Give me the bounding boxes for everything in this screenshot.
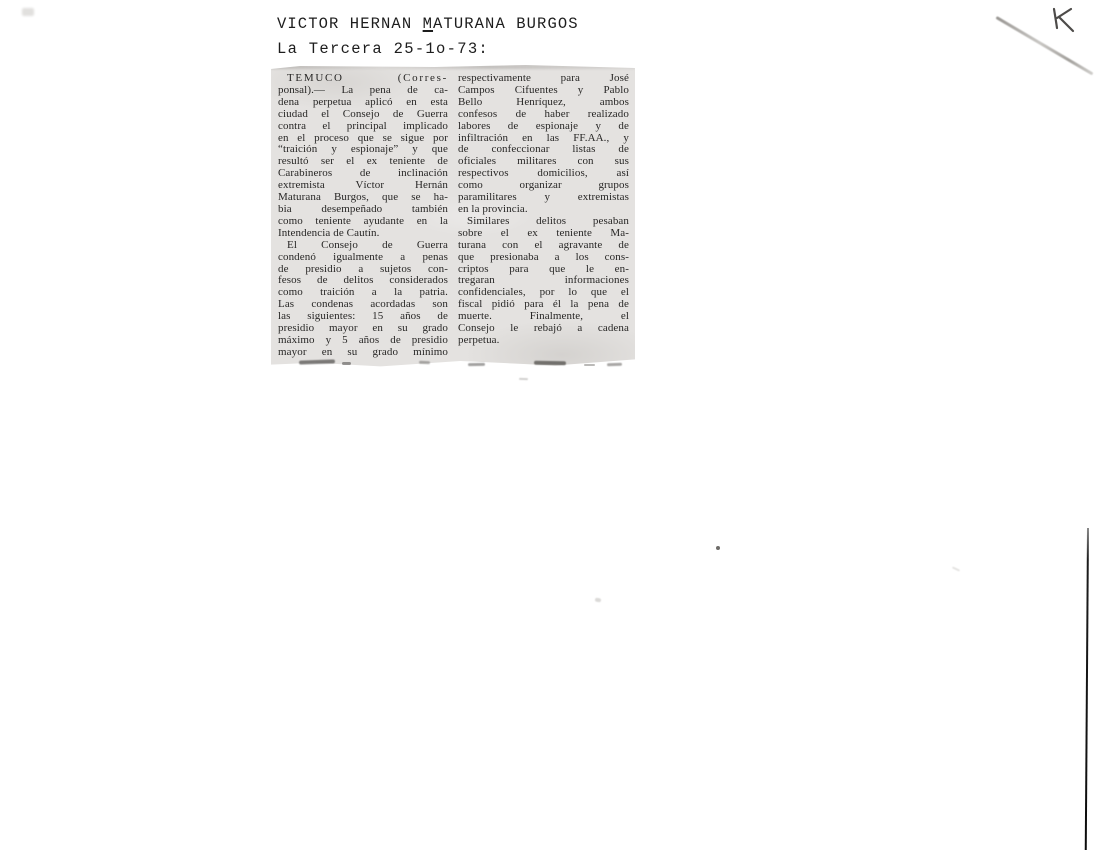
clipping-text-line: dena perpetua aplicó en esta xyxy=(278,97,448,109)
clipping-text-line: ciudad el Consejo de Guerra xyxy=(278,109,448,121)
handwritten-k-mark xyxy=(1045,4,1081,36)
scan-smudge xyxy=(299,359,335,364)
title-text-post: ATURANA BURGOS xyxy=(433,15,579,33)
clipping-text-line: sobre el ex teniente Ma- xyxy=(458,228,629,240)
clipping-text-line: labores de espionaje y de xyxy=(458,121,629,133)
clipping-text-line: confesos de haber realizado xyxy=(458,109,629,121)
clipping-text-line: perpetua. xyxy=(458,335,629,347)
clipping-text-line: Intendencia de Cautín. xyxy=(278,228,448,240)
scan-smudge xyxy=(584,364,595,366)
clipping-text-line: como teniente ayudante en la xyxy=(278,216,448,228)
scan-smudge xyxy=(534,361,566,366)
scan-smudge xyxy=(595,598,602,603)
scanned-document-page: VICTOR HERNAN MATURANA BURGOS La Tercera… xyxy=(0,0,1100,850)
clipping-text-line: condenó igualmente a penas xyxy=(278,252,448,264)
clipping-text-line: Bello Henríquez, ambos xyxy=(458,97,629,109)
scan-smudge xyxy=(22,8,34,16)
page-title: VICTOR HERNAN MATURANA BURGOS xyxy=(277,13,579,35)
scan-smudge xyxy=(607,363,622,367)
title-text-pre: VICTOR HERNAN xyxy=(277,15,423,33)
scan-smudge xyxy=(419,361,430,365)
title-underlined-letter: M xyxy=(423,15,433,33)
scan-smudge xyxy=(952,566,960,571)
newspaper-clipping: TEMUCO (Corres-ponsal).— La pena de ca-d… xyxy=(271,64,635,367)
clipping-text-line: mayor en su grado mínimo xyxy=(278,347,448,359)
scan-smudge xyxy=(342,362,351,365)
typed-header: VICTOR HERNAN MATURANA BURGOS La Tercera… xyxy=(277,13,579,60)
clipping-text-line: que presionaba a los cons- xyxy=(458,252,629,264)
source-citation: La Tercera 25-1o-73: xyxy=(277,38,579,60)
clipping-text-line: contra el principal implicado xyxy=(278,121,448,133)
clipping-text-line: El Consejo de Guerra xyxy=(278,240,448,252)
right-margin-vertical-line xyxy=(1085,528,1089,850)
clipping-text-line: Similares delitos pesaban xyxy=(458,216,629,228)
clipping-column-left: TEMUCO (Corres-ponsal).— La pena de ca-d… xyxy=(278,73,448,367)
clipping-column-right: respectivamente para JoséCampos Cifuente… xyxy=(458,73,629,367)
clipping-text-line: turana con el agravante de xyxy=(458,240,629,252)
scan-smudge xyxy=(468,363,485,366)
scan-smudge xyxy=(716,546,720,550)
scan-smudge xyxy=(519,378,528,380)
